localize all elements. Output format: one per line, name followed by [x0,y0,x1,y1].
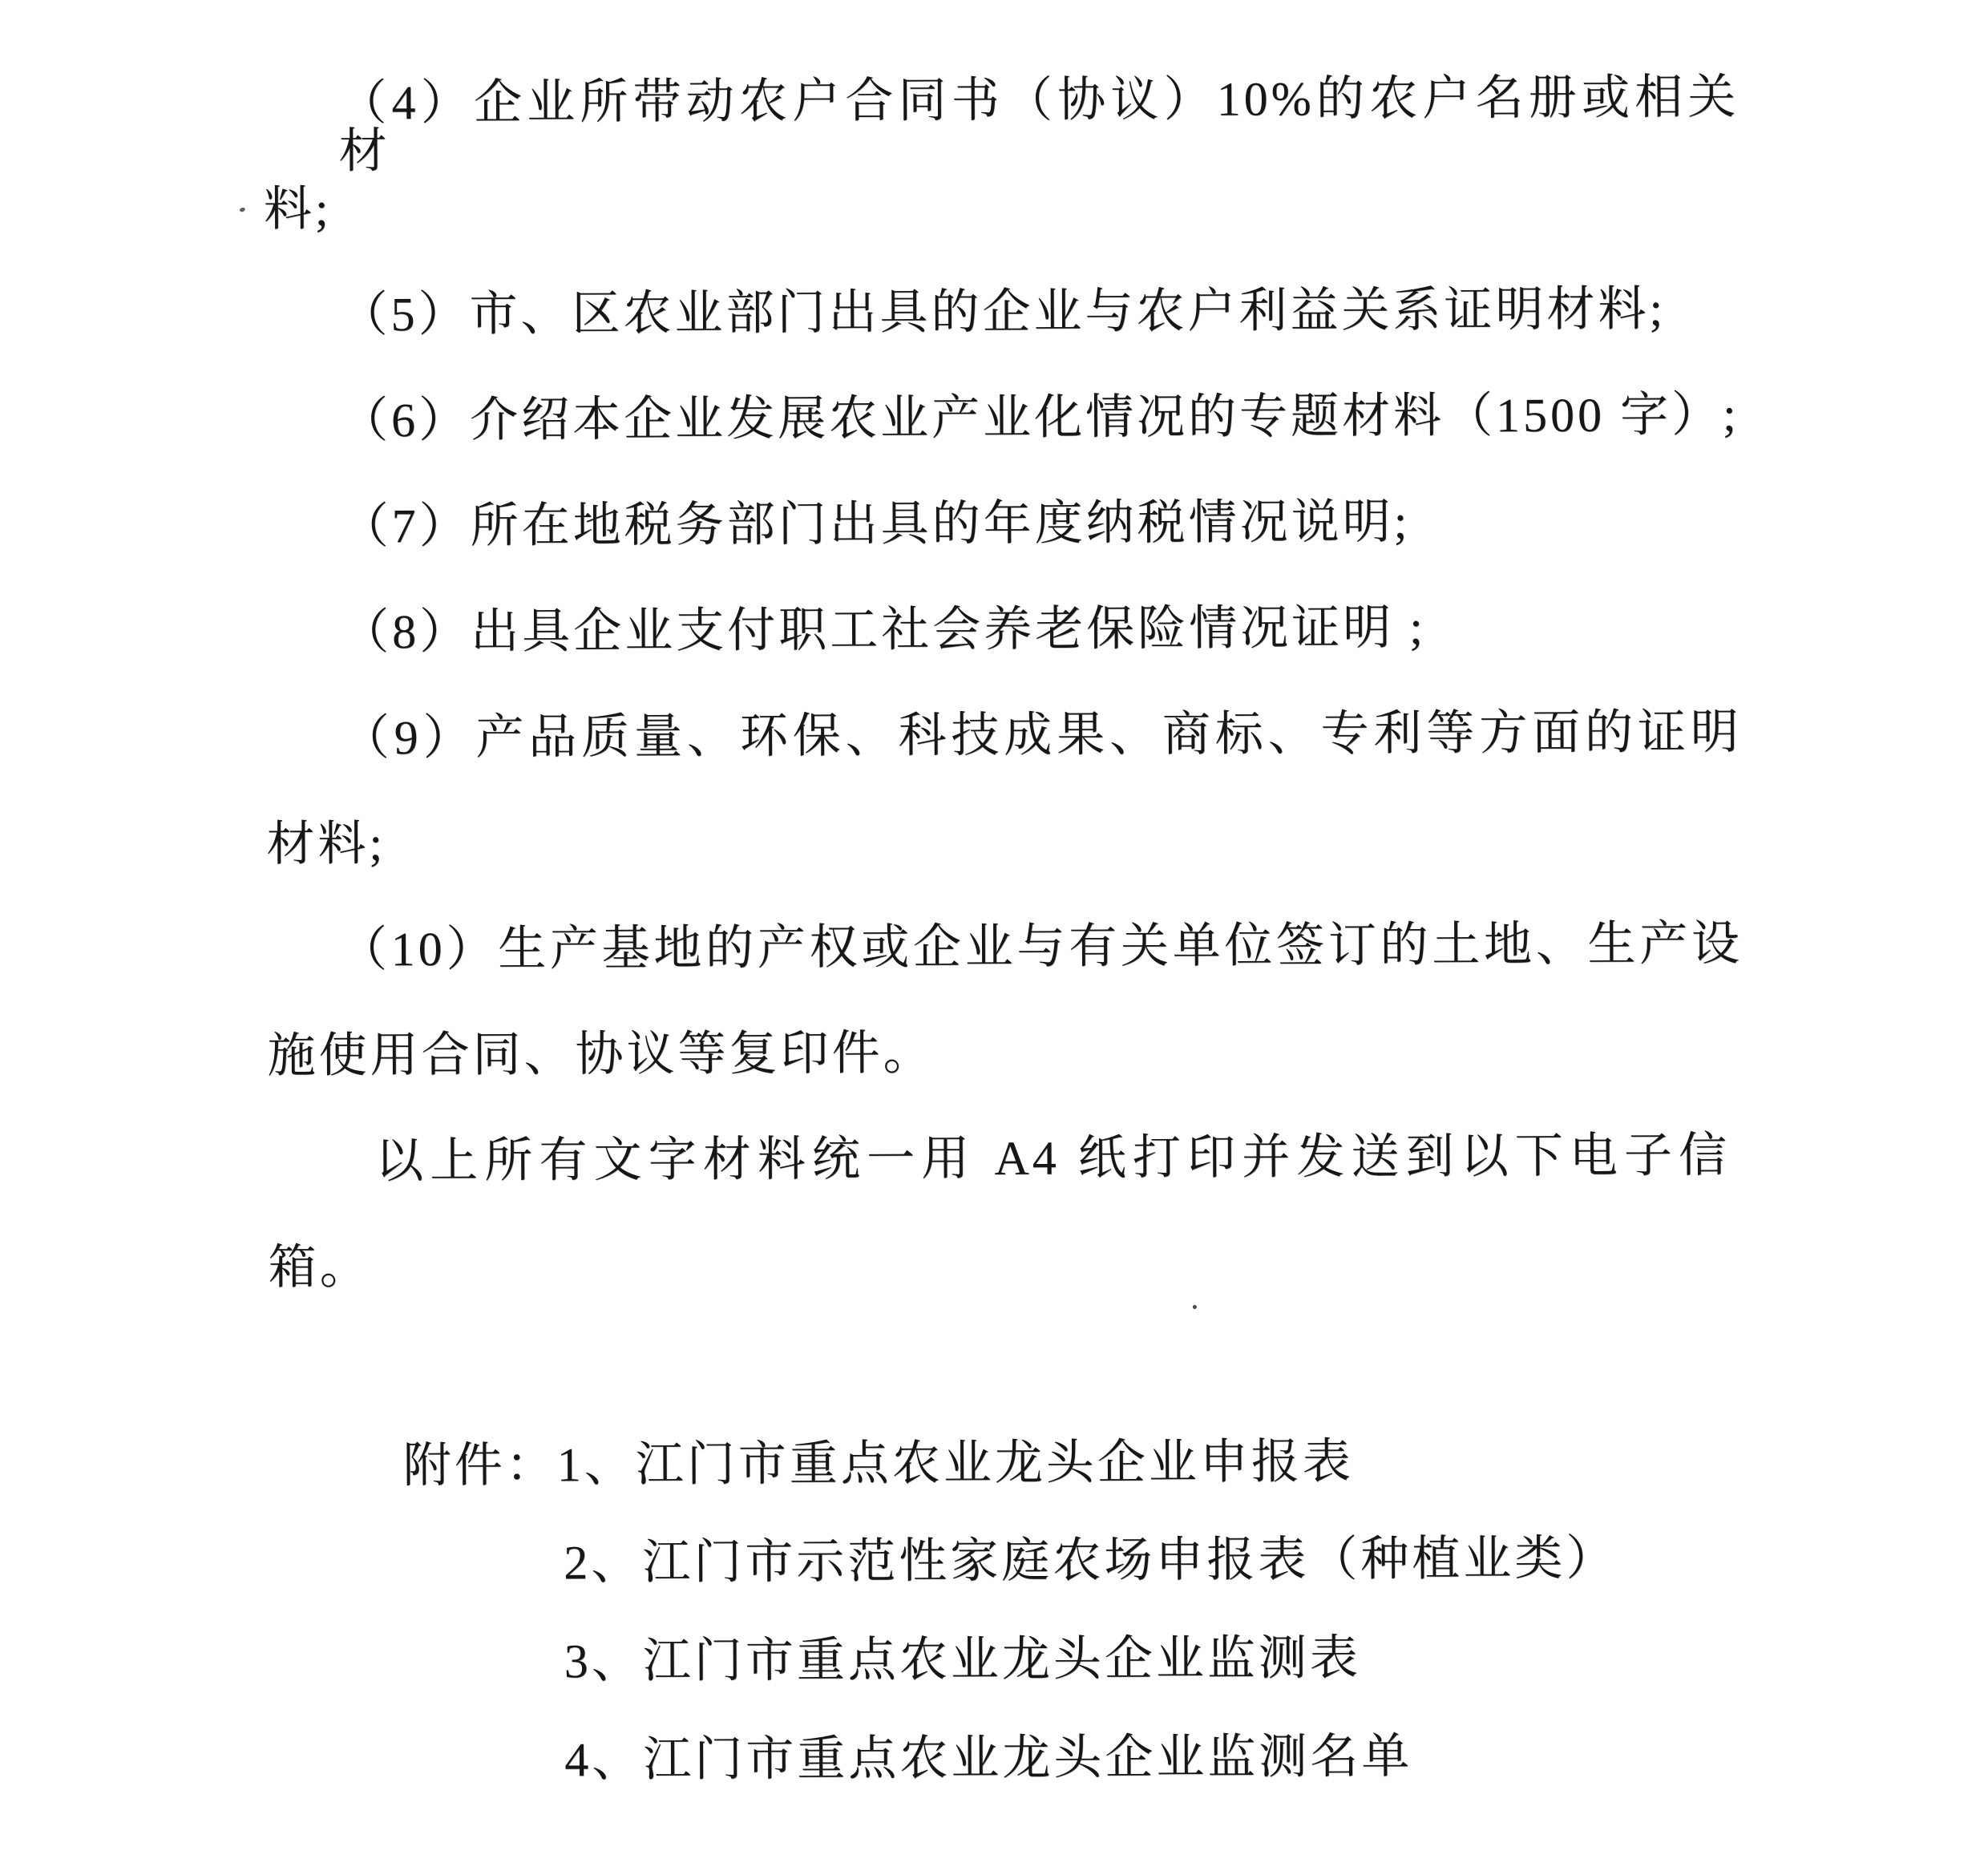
scan-speck [239,207,245,212]
document-line-item4: （4）企业所带动农户合同书（协议）10%的农户名册或相关材 [338,73,1739,176]
document-line-item9-cont: 材料; [266,819,386,868]
attachments-heading-line: 附件：1、江门市重点农业龙头企业申报表 [403,1437,1354,1489]
scan-speck [1193,1305,1197,1309]
document-line-item5: （5）市、区农业部门出具的企业与农户利益关系证明材料; [339,285,1666,338]
attachment-item-3: 3、江门市重点农业龙头企业监测表 [564,1634,1361,1685]
document-line-item9: （9）产品质量、环保、科技成果、商标、专利等方面的证明 [341,708,1742,762]
document-line-item10: （10）生产基地的产权或企业与有关单位签订的土地、生产设 [339,919,1743,974]
scanned-document-page: （4）企业所带动农户合同书（协议）10%的农户名册或相关材 料; （5）市、区农… [0,0,1988,1875]
document-line-item10-cont: 施使用合同、协议等复印件。 [267,1028,934,1080]
document-line-closing-cont: 箱。 [269,1243,371,1291]
document-line-item7: （7）所在地税务部门出具的年度纳税情况说明; [340,498,1410,551]
attachment-item-4: 4、江门市重点农业龙头企业监测名单 [564,1732,1412,1784]
document-line-item4-cont: 料; [264,185,332,233]
document-line-item8: （8）出具企业支付职工社会养老保险情况证明 ; [341,604,1426,657]
document-sheet: （4）企业所带动农户合同书（协议）10%的农户名册或相关材 料; （5）市、区农… [0,0,1988,1875]
document-line-item6: （6）介绍本企业发展农业产业化情况的专题材料（1500 字）; [340,390,1739,445]
document-line-closing: 以上所有文字材料统一用 A4 纸打印并发送到以下电子信 [375,1131,1730,1185]
attachment-item-2: 2、江门市示范性家庭农场申报表（种植业类） [564,1534,1617,1587]
